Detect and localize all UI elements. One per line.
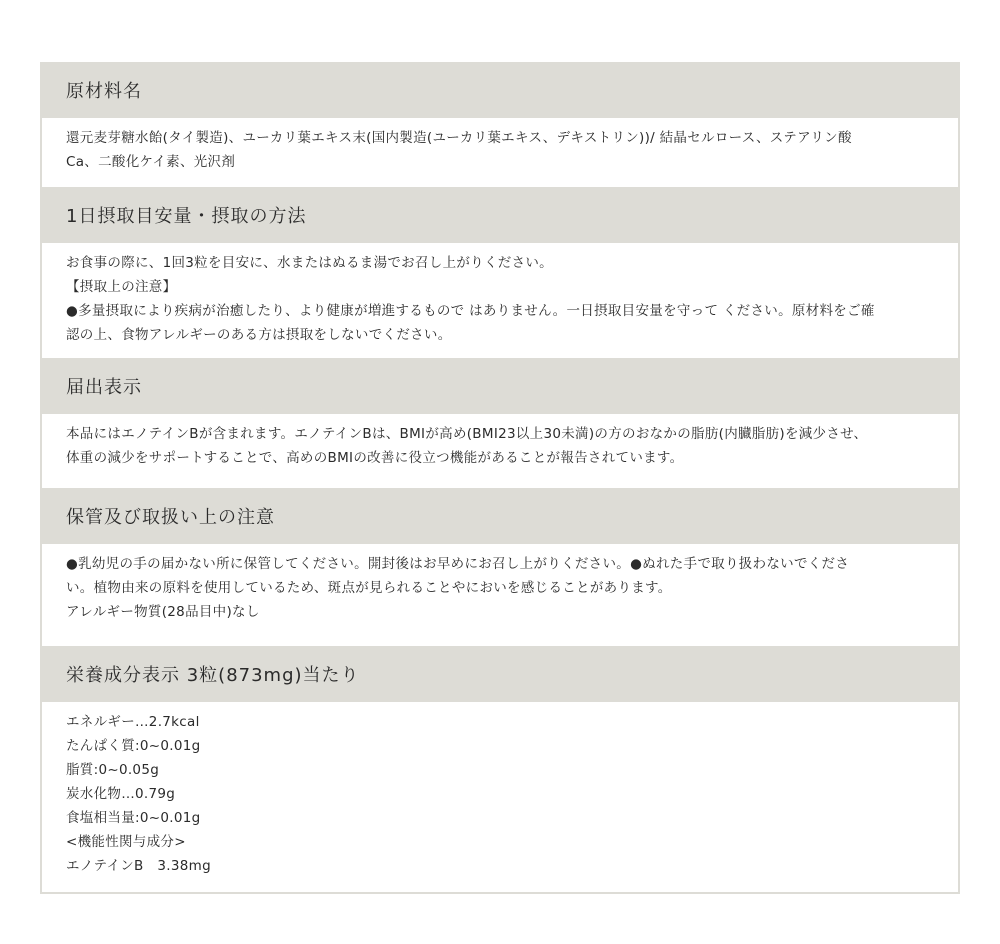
text-line: お食事の際に、1回3粒を目安に、水またはぬるま湯でお召し上がりください。 [66, 251, 934, 275]
section-title: 届出表示 [66, 373, 142, 399]
nutrition-item: 脂質:0~0.05g [66, 758, 934, 782]
nutrition-item: <機能性関与成分> [66, 830, 934, 854]
text-line: アレルギー物質(28品目中)なし [66, 600, 934, 624]
section-body-ingredients: 還元麦芽糖水飴(タイ製造)、ユーカリ葉エキス末(国内製造(ユーカリ葉エキス、デキ… [42, 118, 958, 187]
section-body-dosage: お食事の際に、1回3粒を目安に、水またはぬるま湯でお召し上がりください。 【摂取… [42, 243, 958, 358]
text-line: 体重の減少をサポートすることで、高めのBMIの改善に役立つ機能があることが報告さ… [66, 446, 934, 470]
nutrition-item: 炭水化物…0.79g [66, 782, 934, 806]
section-header-storage: 保管及び取扱い上の注意 [42, 488, 958, 544]
section-header-claim: 届出表示 [42, 358, 958, 414]
text-line: ●多量摂取により疾病が治癒したり、より健康が増進するもので はありません。一日摂… [66, 299, 934, 323]
section-title: 保管及び取扱い上の注意 [66, 503, 275, 529]
nutrition-item: たんぱく質:0~0.01g [66, 734, 934, 758]
section-title: 栄養成分表示 3粒(873mg)当たり [66, 661, 360, 687]
section-header-nutrition: 栄養成分表示 3粒(873mg)当たり [42, 646, 958, 702]
nutrition-item: エノテインB 3.38mg [66, 854, 934, 878]
section-header-ingredients: 原材料名 [42, 62, 958, 118]
text-line: 認の上、食物アレルギーのある方は摂取をしないでください。 [66, 323, 934, 347]
section-body-nutrition: エネルギー…2.7kcal たんぱく質:0~0.01g 脂質:0~0.05g 炭… [42, 702, 958, 894]
nutrition-item: 食塩相当量:0~0.01g [66, 806, 934, 830]
section-body-storage: ●乳幼児の手の届かない所に保管してください。開封後はお早めにお召し上がりください… [42, 544, 958, 646]
text-line: Ca、二酸化ケイ素、光沢剤 [66, 150, 934, 174]
section-header-dosage: 1日摂取目安量・摂取の方法 [42, 187, 958, 243]
section-title: 1日摂取目安量・摂取の方法 [66, 202, 306, 228]
text-line: 本品にはエノテインBが含まれます。エノテインBは、BMIが高め(BMI23以上3… [66, 422, 934, 446]
text-line: 還元麦芽糖水飴(タイ製造)、ユーカリ葉エキス末(国内製造(ユーカリ葉エキス、デキ… [66, 126, 934, 150]
text-line: い。植物由来の原料を使用しているため、斑点が見られることやにおいを感じることがあ… [66, 576, 934, 600]
text-line: ●乳幼児の手の届かない所に保管してください。開封後はお早めにお召し上がりください… [66, 552, 934, 576]
product-info-panel: 原材料名 還元麦芽糖水飴(タイ製造)、ユーカリ葉エキス末(国内製造(ユーカリ葉エ… [40, 62, 960, 894]
text-line: 【摂取上の注意】 [66, 275, 934, 299]
section-title: 原材料名 [66, 77, 142, 103]
nutrition-item: エネルギー…2.7kcal [66, 710, 934, 734]
section-body-claim: 本品にはエノテインBが含まれます。エノテインBは、BMIが高め(BMI23以上3… [42, 414, 958, 488]
